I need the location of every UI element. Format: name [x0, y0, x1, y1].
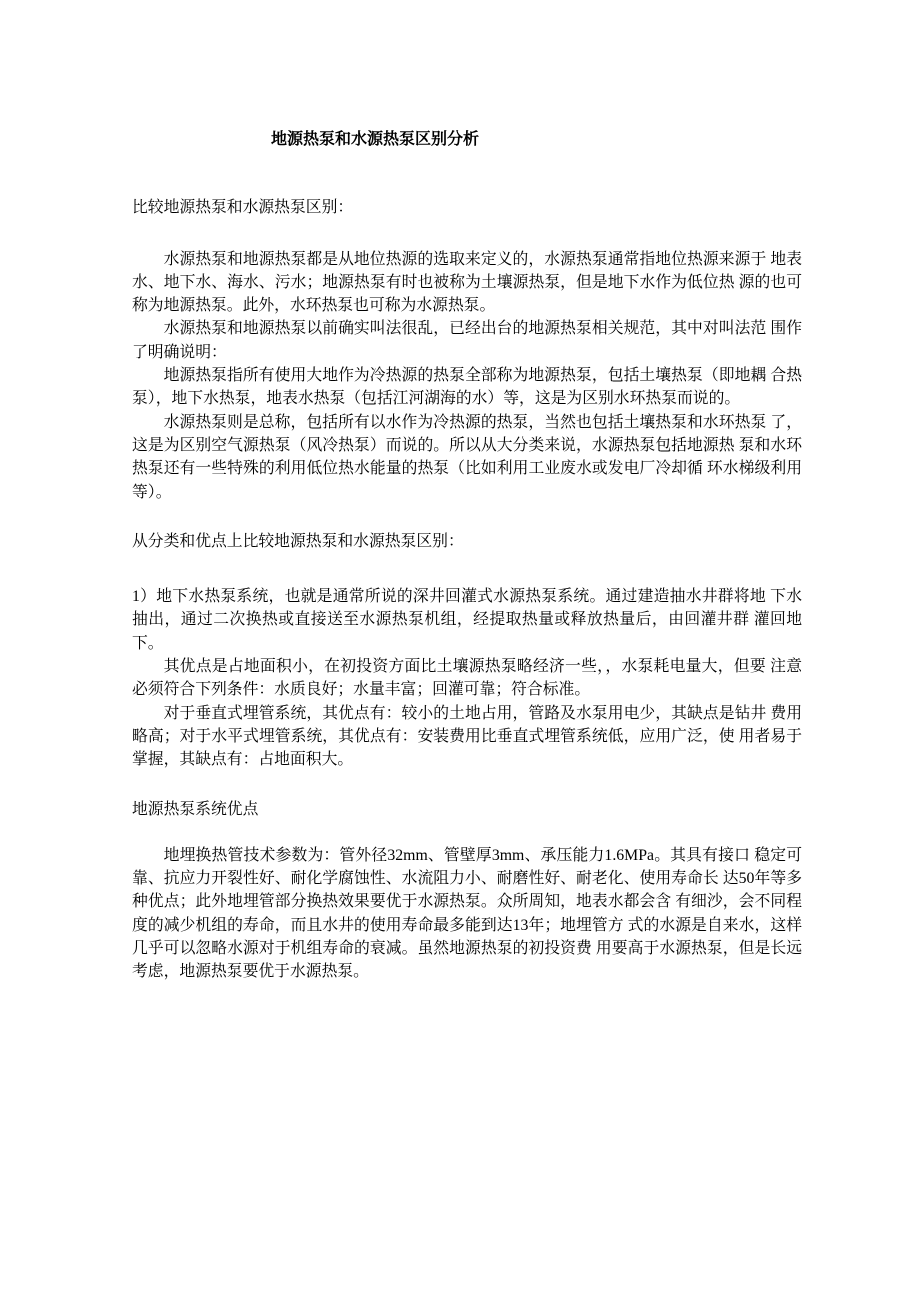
paragraph: 对于垂直式埋管系统，其优点有：较小的土地占用，管路及水泵用电少，其缺点是钻井 费…	[132, 702, 802, 772]
paragraph: 其优点是占地面积小，在初投资方面比土壤源热泵略经济一些，，水泵耗电量大，但要 注…	[132, 655, 802, 702]
section-classification: 从分类和优点上比较地源热泵和水源热泵区别： 1）地下水热泵系统，也就是通常所说的…	[132, 530, 802, 772]
section-heading-classification: 从分类和优点上比较地源热泵和水源热泵区别：	[132, 530, 802, 553]
section-heading-advantages: 地源热泵系统优点	[132, 798, 802, 821]
paragraph: 水源热泵和地源热泵以前确实叫法很乱，已经出台的地源热泵相关规范，其中对叫法范 围…	[132, 317, 802, 364]
paragraph: 水源热泵和地源热泵都是从地位热源的选取来定义的，水源热泵通常指地位热源来源于 地…	[132, 248, 802, 318]
section-comparison: 比较地源热泵和水源热泵区别： 水源热泵和地源热泵都是从地位热源的选取来定义的，水…	[132, 196, 802, 504]
paragraph: 水源热泵则是总称，包括所有以水作为冷热源的热泵，当然也包括土壤热泵和水环热泵 了…	[132, 411, 802, 504]
document-page: 地源热泵和水源热泵区别分析 比较地源热泵和水源热泵区别： 水源热泵和地源热泵都是…	[132, 128, 802, 984]
paragraph: 1）地下水热泵系统，也就是通常所说的深井回灌式水源热泵系统。通过建造抽水井群将地…	[132, 585, 802, 655]
section-advantages: 地源热泵系统优点 地埋换热管技术参数为：管外径32mm、管壁厚3mm、承压能力1…	[132, 798, 802, 984]
document-title: 地源热泵和水源热泵区别分析	[132, 128, 802, 151]
paragraph: 地埋换热管技术参数为：管外径32mm、管壁厚3mm、承压能力1.6MPa。其具有…	[132, 844, 802, 984]
paragraph: 地源热泵指所有使用大地作为冷热源的热泵全部称为地源热泵，包括土壤热泵（即地耦 合…	[132, 364, 802, 411]
section-heading-comparison: 比较地源热泵和水源热泵区别：	[132, 196, 802, 219]
